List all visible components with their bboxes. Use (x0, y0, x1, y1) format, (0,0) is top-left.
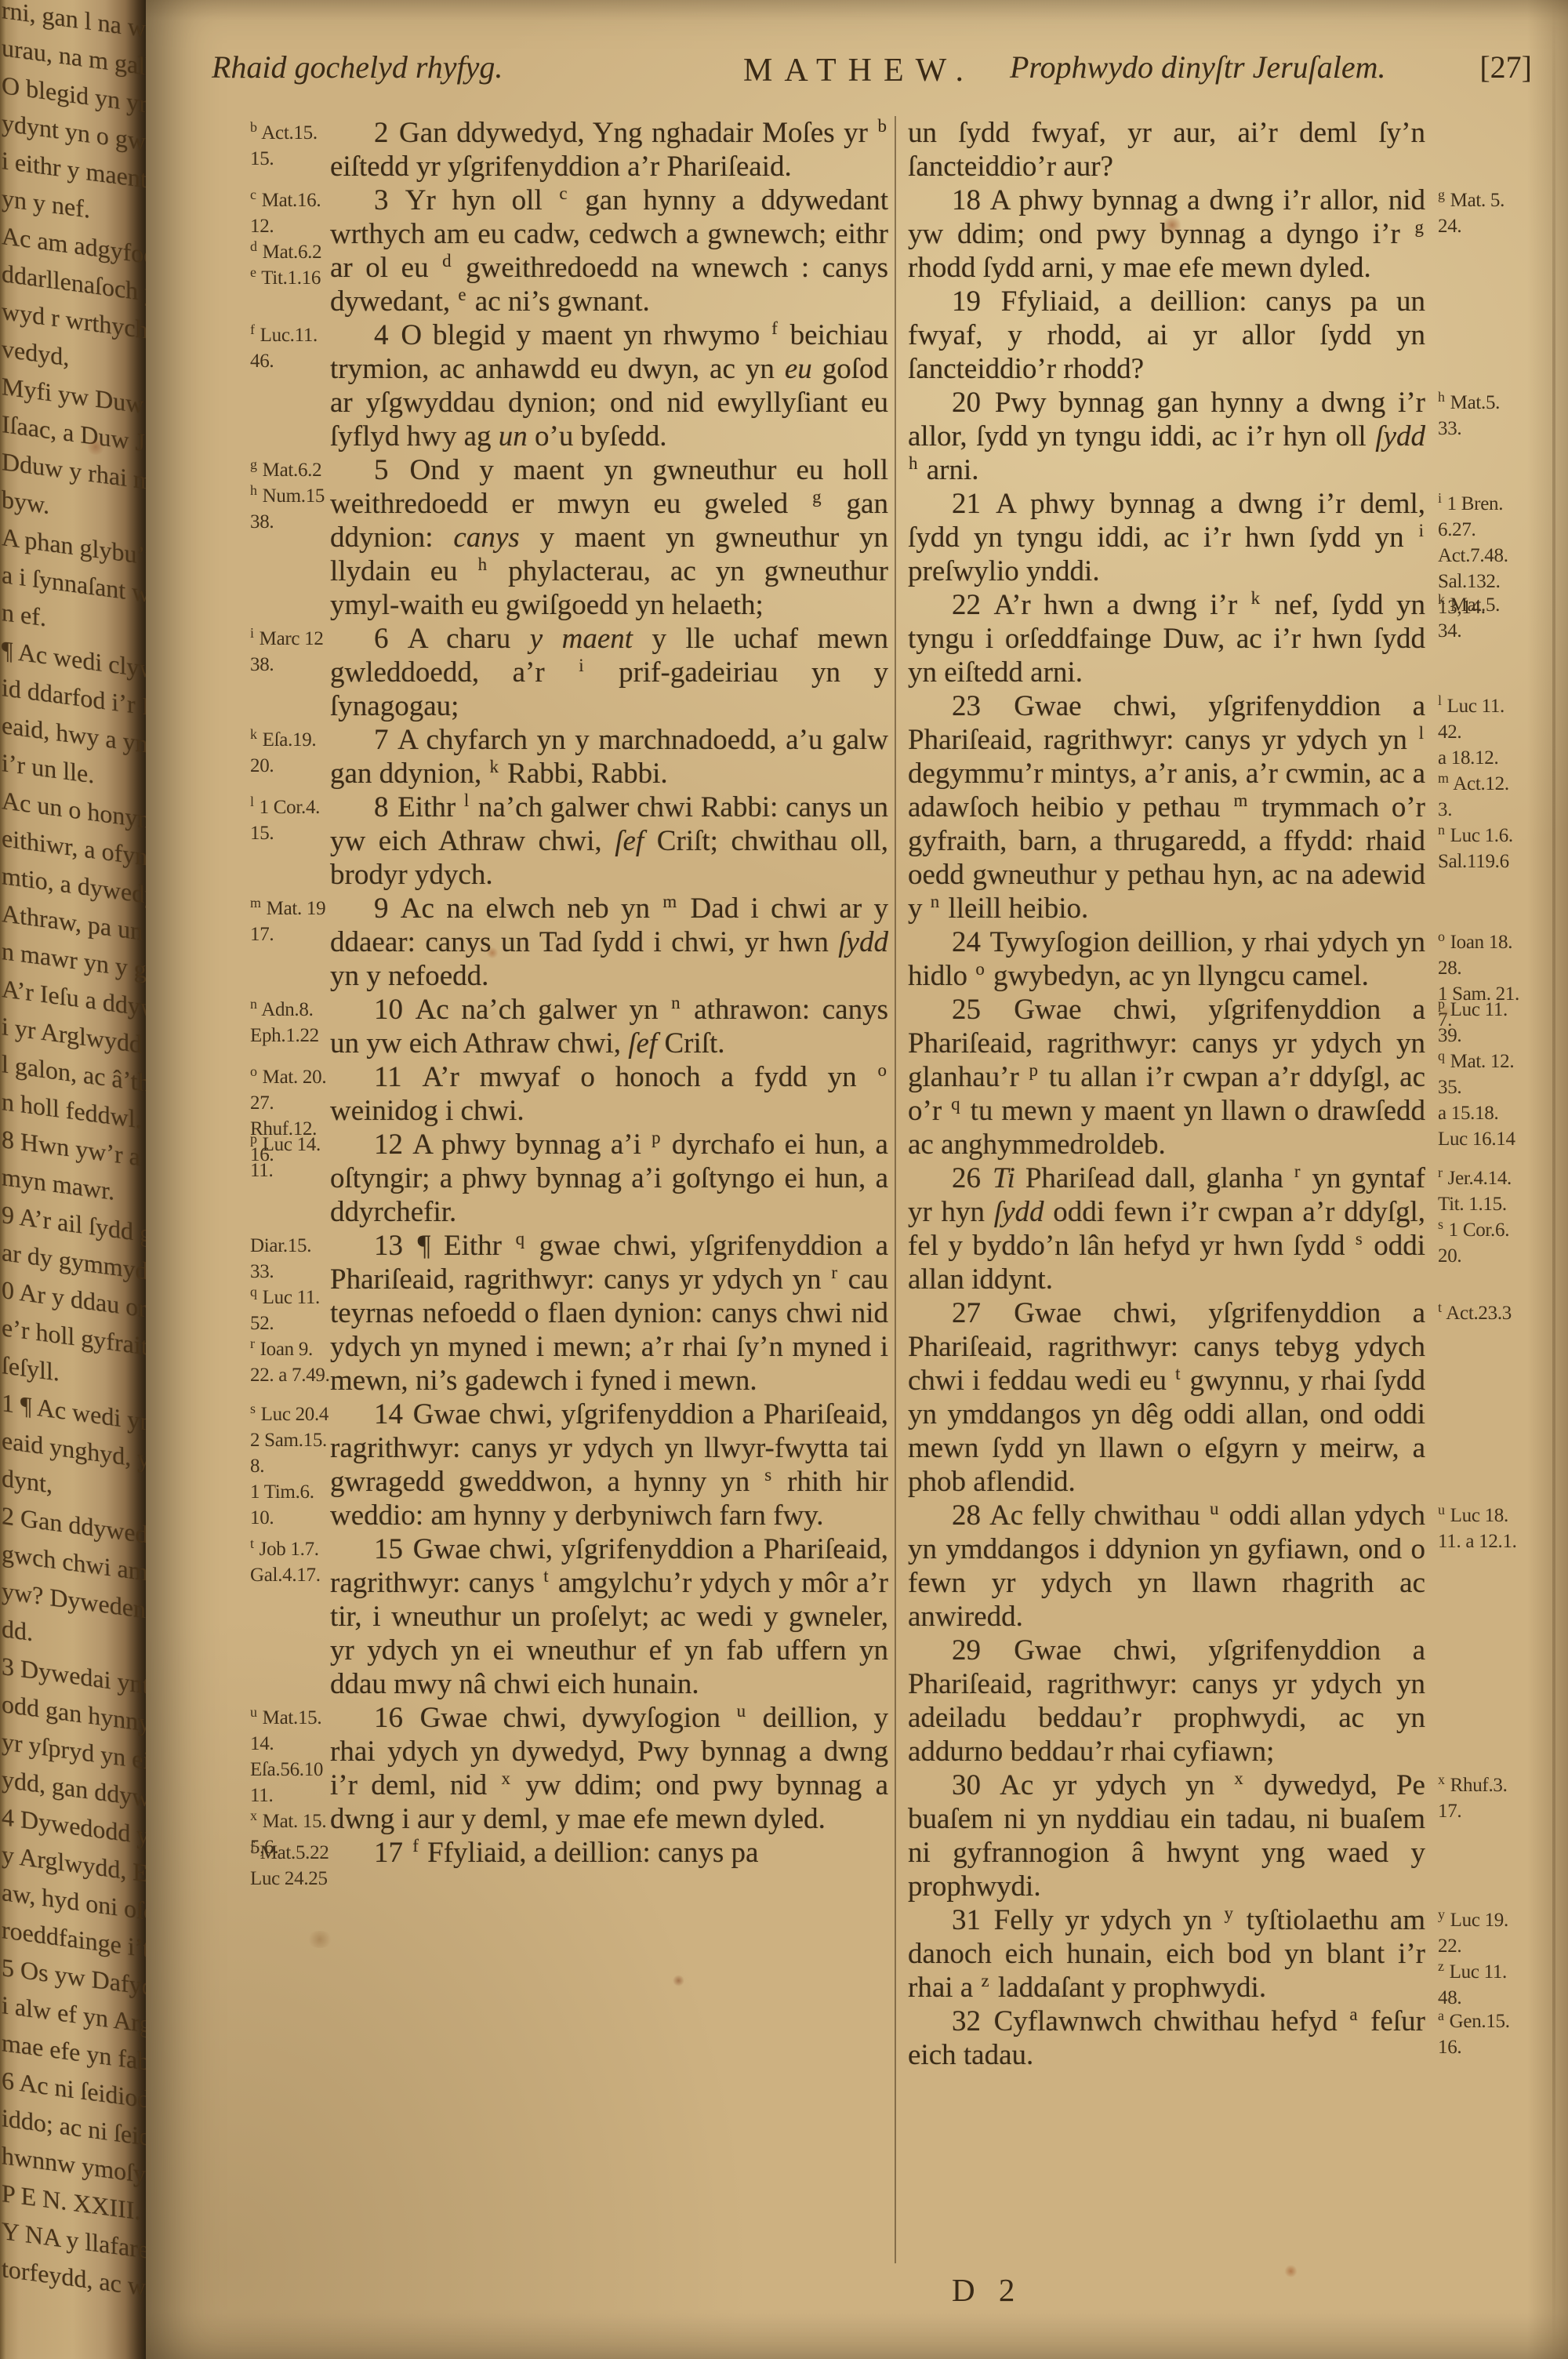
margin-note: o Mat. 20. (250, 1064, 327, 1090)
verse-3: 3 Yr hyn oll c gan hynny a ddywedant wrt… (330, 184, 888, 318)
margin-note: r Jer.4.14. (1438, 1165, 1568, 1191)
note-mark: q (516, 1229, 524, 1249)
margin-note: 15. (250, 146, 327, 172)
verse-30: 30 Ac yr ydych yn x dywedyd, Pe buaſem n… (908, 1768, 1425, 1903)
note-mark: n (931, 892, 939, 911)
note-mark: p (1438, 996, 1445, 1012)
margin-note: i Marc 12 (250, 626, 327, 652)
note-mark: r (250, 1336, 255, 1351)
note-mark: p (250, 1131, 257, 1147)
note-mark: l (250, 794, 254, 809)
verse-11: 11 A’r mwyaf o honoch a fydd yn o weinid… (330, 1060, 888, 1128)
note-mark: u (737, 1701, 746, 1721)
note-mark: p (652, 1128, 660, 1147)
note-mark: n (1438, 822, 1445, 838)
margin-note: Sal.132. (1438, 569, 1568, 594)
verse-number: 27 (952, 1297, 982, 1329)
margin-note: t Job 1.7. (250, 1536, 327, 1562)
margin-note: m Mat. 19 (250, 896, 327, 921)
margin-note: 3. (1438, 797, 1568, 823)
page-crease (1552, 0, 1555, 2359)
verse-22: 22 A’r hwn a dwng i’r k nef, ſydd yn tyn… (908, 588, 1425, 689)
note-mark: g (250, 456, 257, 472)
note-mark: h (250, 482, 257, 498)
note-mark: r (1438, 1165, 1443, 1180)
verse-number: 32 (952, 2005, 982, 2037)
margin-note: e Tit.1.16 (250, 265, 327, 291)
note-mark: p (1029, 1060, 1038, 1080)
note-mark: q (250, 1284, 257, 1299)
margin-note: n Luc 1.6. (1438, 823, 1568, 849)
note-mark: h (909, 453, 917, 473)
verse-17: 17 f Ffyliaid, a deillion: canys paf Mat… (330, 1836, 888, 1870)
page-number: [27] (1479, 49, 1532, 85)
margin-note: Eſa.56.10 (250, 1757, 327, 1783)
margin-note: Diar.15. (250, 1233, 327, 1259)
note-mark: o (1438, 929, 1445, 944)
verse-number: 18 (952, 184, 982, 216)
margin-note: Eph.1.22 (250, 1023, 327, 1049)
verse-number: 14 (374, 1398, 405, 1430)
margin-note: 20. (1438, 1243, 1568, 1269)
note-mark: a (1438, 2008, 1444, 2023)
verse-26: 26 Ti Phariſead dall, glanha r yn gyntaf… (908, 1161, 1425, 1296)
verse-9: 9 Ac na elwch neb yn m Dad i chwi ar y d… (330, 892, 888, 993)
note-mark: y (1438, 1906, 1445, 1922)
verse-12: 12 A phwy bynnag a’i p dyrchafo ei hun, … (330, 1128, 888, 1229)
margin-notes: m Mat. 1917. (250, 896, 327, 947)
margin-note: b Act.15. (250, 120, 327, 146)
note-mark: e (458, 285, 466, 304)
note-mark: u (1210, 1499, 1218, 1518)
margin-note: 14. (250, 1731, 327, 1757)
margin-note: 48. (1438, 1985, 1568, 2011)
note-mark: k (1438, 591, 1445, 607)
note-mark: y (1225, 1903, 1233, 1923)
note-mark: n (671, 993, 680, 1012)
margin-note: 6.27. (1438, 517, 1568, 543)
verse-32: 32 Cyflawnwch chwithau hefyd a feſur eic… (908, 2005, 1425, 2072)
margin-note: m Act.12. (1438, 771, 1568, 797)
margin-note: n Adn.8. (250, 997, 327, 1023)
signature-mark: D 2 (952, 2271, 1022, 2309)
verse-number: 6 (374, 623, 390, 655)
verse-10: 10 Ac na’ch galwer yn n athrawon: canys … (330, 993, 888, 1060)
margin-note: 12. (250, 213, 327, 239)
margin-note: 11. a 12.1. (1438, 1528, 1568, 1554)
margin-note: 46. (250, 348, 327, 374)
note-mark: c (250, 187, 256, 202)
margin-note: 22. (1438, 1933, 1568, 1959)
margin-notes: k Eſa.19.20. (250, 727, 327, 779)
margin-note: 24. (1438, 213, 1568, 239)
note-mark: k (1251, 588, 1260, 608)
note-mark: f (412, 1836, 419, 1856)
verse-20: 20 Pwy bynnag gan hynny a dwng i’r allor… (908, 386, 1425, 487)
note-mark: q (951, 1094, 960, 1114)
margin-note: 38. (250, 652, 327, 678)
book-page: Rhaid gochelyd rhyfyg. MATHEW. Prophwydo… (146, 0, 1568, 2359)
margin-note: Luc 24.25 (250, 1866, 327, 1892)
note-mark: t (1438, 1299, 1442, 1315)
verse-14: 14 Gwae chwi, yſgrifenyddion a Phariſeai… (330, 1398, 888, 1532)
margin-note: g Mat.6.2 (250, 457, 327, 483)
verse-number: 26 (952, 1162, 982, 1194)
paper-stain (307, 1931, 333, 1948)
note-mark: h (1438, 389, 1445, 405)
note-mark: l (1419, 723, 1424, 743)
note-mark: t (543, 1566, 548, 1586)
verse-number: 22 (952, 589, 982, 621)
margin-notes: k Mat.5.34. (1438, 592, 1568, 644)
verse-31: 31 Felly yr ydych yn y tyſtiolaethu am d… (908, 1903, 1425, 2005)
note-mark: g (1415, 217, 1424, 237)
note-mark: c (559, 184, 567, 203)
note-mark: z (981, 1971, 989, 1990)
note-mark: g (1438, 187, 1445, 202)
verse-7: 7 A chyfarch yn y marchnadoedd, a’u galw… (330, 723, 888, 791)
margin-note: 11. (250, 1783, 327, 1808)
verse-number: 4 (374, 319, 390, 351)
margin-note: h Num.15 (250, 483, 327, 509)
verse-number: 10 (374, 994, 405, 1026)
note-mark: f (771, 318, 778, 338)
margin-notes: x Rhuf.3.17. (1438, 1772, 1568, 1824)
verse-number: 17 (374, 1837, 405, 1869)
verse-number: 2 (374, 117, 390, 149)
note-mark: g (812, 487, 821, 507)
note-mark: s (1438, 1216, 1443, 1232)
margin-notes: p Luc 14.11. (250, 1132, 327, 1183)
margin-note: 17. (250, 921, 327, 947)
margin-note: u Mat.15. (250, 1705, 327, 1731)
note-mark: s (764, 1465, 771, 1485)
margin-note: Act.7.48. (1438, 543, 1568, 569)
verse-number: 16 (374, 1702, 405, 1734)
margin-notes: u Luc 18.11. a 12.1. (1438, 1503, 1568, 1554)
verse-13: 13 ¶ Eithr q gwae chwi, yſgrifenyddion a… (330, 1229, 888, 1398)
note-mark: s (1356, 1229, 1363, 1249)
note-mark: m (662, 892, 677, 911)
margin-note: p Luc 11. (1438, 997, 1568, 1023)
margin-note: f Mat.5.22 (250, 1840, 327, 1866)
verse-4: 4 O blegid y maent yn rhwymo f beichiau … (330, 318, 888, 453)
verse-28: 28 Ac felly chwithau u oddi allan ydych … (908, 1499, 1425, 1634)
margin-note: 8. (250, 1453, 327, 1479)
note-mark: u (250, 1704, 257, 1720)
verse-25: 25 Gwae chwi, yſgrifenyddion a Phariſeai… (908, 993, 1425, 1161)
verse-number: 28 (952, 1499, 982, 1532)
verse-number: 31 (952, 1904, 982, 1936)
margin-note: s Luc 20.4 (250, 1401, 327, 1427)
note-mark: x (501, 1768, 510, 1788)
verse-18: 18 A phwy bynnag a dwng i’r allor, nid y… (908, 184, 1425, 285)
note-mark: o (975, 959, 984, 979)
verse-27: 27 Gwae chwi, yſgrifenyddion a Phariſeai… (908, 1296, 1425, 1499)
margin-note: i 1 Bren. (1438, 491, 1568, 517)
note-mark: o (250, 1063, 257, 1079)
margin-note: t Act.23.3 (1438, 1300, 1568, 1326)
note-mark: f (250, 322, 255, 337)
margin-note: 16. (1438, 2034, 1568, 2060)
margin-note: k Eſa.19. (250, 727, 327, 753)
margin-note: 17. (1438, 1798, 1568, 1824)
note-mark: o (878, 1060, 887, 1080)
margin-note: l 1 Cor.4. (250, 794, 327, 820)
margin-notes: f Luc.11.46. (250, 322, 327, 374)
margin-note: s 1 Cor.6. (1438, 1217, 1568, 1243)
verse-number: 7 (374, 724, 390, 756)
margin-notes: l 1 Cor.4.15. (250, 794, 327, 846)
paper-stain (1284, 2265, 1298, 2277)
verse-number: 12 (374, 1129, 405, 1161)
margin-notes: a Gen.15.16. (1438, 2008, 1568, 2060)
note-mark: e (250, 264, 256, 280)
margin-note: Tit. 1.15. (1438, 1191, 1568, 1217)
margin-note: q Luc 11. (250, 1285, 327, 1310)
margin-note: 15. (250, 820, 327, 846)
margin-note: 38. (250, 509, 327, 535)
verse-15: 15 Gwae chwi, yſgrifenyddion a Phariſeai… (330, 1532, 888, 1701)
verse-number: 29 (952, 1634, 982, 1667)
margin-note: l Luc 11. (1438, 693, 1568, 719)
margin-note: 35. (1438, 1074, 1568, 1100)
margin-notes: Diar.15.33.q Luc 11.52.r Ioan 9.22. a 7.… (250, 1233, 327, 1388)
verse-number: 8 (374, 791, 390, 823)
running-header-left: Rhaid gochelyd rhyfyg. (212, 49, 503, 85)
verse-2: 2 Gan ddywedyd, Yng nghadair Moſes yr b … (330, 116, 888, 184)
margin-notes: y Luc 19.22.z Luc 11.48. (1438, 1907, 1568, 2011)
note-mark: m (1438, 770, 1449, 786)
margin-note: 2 Sam.15. (250, 1427, 327, 1453)
note-mark: u (1438, 1502, 1445, 1518)
note-mark: m (1233, 791, 1247, 810)
margin-note: y Luc 19. (1438, 1907, 1568, 1933)
margin-note: 39. (1438, 1023, 1568, 1049)
margin-note: x Mat. 15. (250, 1808, 327, 1834)
margin-notes: r Jer.4.14.Tit. 1.15.s 1 Cor.6.20. (1438, 1165, 1568, 1269)
margin-notes: p Luc 11.39.q Mat. 12.35.a 15.18.Luc 16.… (1438, 997, 1568, 1152)
verse-number: 15 (374, 1533, 405, 1565)
verse-number: 11 (374, 1061, 404, 1093)
note-mark: k (250, 726, 257, 742)
verse-29: 29 Gwae chwi, yſgrifenyddion a Phariſeai… (908, 1634, 1425, 1768)
verse-number: 3 (374, 184, 390, 216)
margin-note: a Gen.15. (1438, 2008, 1568, 2034)
margin-notes: i Marc 1238. (250, 626, 327, 678)
note-mark: i (250, 625, 254, 641)
margin-note: Luc 16.14 (1438, 1126, 1568, 1152)
previous-page-edge: rni, gan l na wyurau, na m gallu DO bleg… (0, 0, 146, 2359)
verse-number: 23 (952, 690, 982, 722)
note-mark: m (250, 895, 261, 911)
margin-note: 20. (250, 753, 327, 779)
verse-number: 25 (952, 994, 982, 1026)
note-mark: h (478, 554, 487, 574)
verse-6: 6 A charu y maent y lle uchaf mewn gwled… (330, 622, 888, 723)
running-header-right: Prophwydo dinyſtr Jeruſalem. (1010, 49, 1386, 85)
verse-number: 30 (952, 1769, 982, 1801)
margin-notes: t Act.23.3 (1438, 1300, 1568, 1326)
verse-continuation: un ſydd fwyaf, yr aur, ai’r deml ſy’n ſa… (908, 116, 1425, 184)
margin-notes: h Mat.5.33. (1438, 390, 1568, 442)
note-mark: x (250, 1808, 257, 1823)
verse-5: 5 Ond y maent yn gwneuthur eu holl weith… (330, 453, 888, 622)
note-mark: l (464, 791, 469, 810)
margin-note: g Mat. 5. (1438, 187, 1568, 213)
margin-notes: l Luc 11.42.a 18.12.m Act.12.3.n Luc 1.6… (1438, 693, 1568, 874)
right-column: un ſydd fwyaf, yr aur, ai’r deml ſy’n ſa… (908, 116, 1425, 2072)
note-mark: t (1175, 1364, 1180, 1383)
margin-note: 10. (250, 1505, 327, 1531)
margin-note: Gal.4.17. (250, 1562, 327, 1588)
note-mark: t (250, 1536, 254, 1551)
margin-note: 42. (1438, 719, 1568, 745)
margin-notes: c Mat.16.12.d Mat.6.2e Tit.1.16 (250, 187, 327, 291)
note-mark: k (489, 757, 498, 776)
note-mark: z (1438, 1958, 1444, 1974)
margin-notes: g Mat. 5.24. (1438, 187, 1568, 239)
verse-16: 16 Gwae chwi, dywyſogion u deillion, y r… (330, 1701, 888, 1836)
note-mark: b (878, 116, 887, 136)
margin-note: 11. (250, 1158, 327, 1183)
note-mark: s (250, 1401, 256, 1416)
margin-note: r Ioan 9. (250, 1336, 327, 1362)
margin-note: 34. (1438, 618, 1568, 644)
note-mark: i (579, 656, 583, 675)
note-mark: d (250, 238, 257, 254)
book-title: MATHEW. (743, 52, 975, 89)
margin-note: c Mat.16. (250, 187, 327, 213)
margin-note: p Luc 14. (250, 1132, 327, 1158)
note-mark: r (1294, 1161, 1301, 1181)
margin-note: o Ioan 18. (1438, 929, 1568, 955)
margin-note: 1 Tim.6. (250, 1479, 327, 1505)
previous-page-text-fragments: rni, gan l na wyurau, na m gallu DO bleg… (2, 0, 146, 2317)
margin-notes: f Mat.5.22Luc 24.25 (250, 1840, 327, 1892)
margin-note: 33. (250, 1259, 327, 1285)
verse-8: 8 Eithr l na’ch galwer chwi Rabbi: canys… (330, 791, 888, 892)
margin-note: u Luc 18. (1438, 1503, 1568, 1528)
note-mark: n (250, 996, 257, 1012)
margin-note: f Luc.11. (250, 322, 327, 348)
margin-note: 28. (1438, 955, 1568, 981)
margin-notes: b Act.15.15. (250, 120, 327, 172)
margin-note: d Mat.6.2 (250, 239, 327, 265)
margin-note: k Mat.5. (1438, 592, 1568, 618)
margin-note: h Mat.5. (1438, 390, 1568, 416)
paper-stain (673, 1975, 684, 1986)
note-mark: i (1419, 521, 1424, 540)
verse-number: 9 (374, 892, 390, 925)
column-divider (895, 116, 896, 2263)
note-mark: f (250, 1839, 255, 1855)
verse-number: 19 (952, 285, 982, 318)
verse-23: 23 Gwae chwi, yſgrifenyddion a Phariſeai… (908, 689, 1425, 925)
note-mark: x (1438, 1772, 1445, 1787)
note-mark: q (1438, 1048, 1445, 1063)
margin-note: 27. (250, 1090, 327, 1116)
note-mark: r (831, 1263, 837, 1282)
verse-number: 13 (374, 1230, 405, 1262)
note-mark: x (1234, 1768, 1243, 1788)
margin-note: q Mat. 12. (1438, 1049, 1568, 1074)
verse-number: 5 (374, 454, 390, 486)
margin-note: a 15.18. (1438, 1100, 1568, 1126)
margin-note: a 18.12. (1438, 745, 1568, 771)
verse-number: 20 (952, 387, 982, 419)
margin-note: Sal.119.6 (1438, 849, 1568, 874)
note-mark: i (1438, 490, 1442, 506)
verse-number: 24 (952, 926, 982, 958)
margin-notes: t Job 1.7.Gal.4.17. (250, 1536, 327, 1588)
note-mark: d (442, 251, 451, 271)
margin-note: 22. a 7.49. (250, 1362, 327, 1388)
margin-notes: n Adn.8.Eph.1.22 (250, 997, 327, 1049)
verse-19: 19 Ffyliaid, a deillion: canys pa un fwy… (908, 285, 1425, 386)
margin-notes: s Luc 20.42 Sam.15.8.1 Tim.6.10. (250, 1401, 327, 1531)
verse-24: 24 Tywyſogion deillion, y rhai ydych yn … (908, 925, 1425, 993)
note-mark: l (1438, 692, 1442, 708)
margin-note: z Luc 11. (1438, 1959, 1568, 1985)
verse-21: 21 A phwy bynnag a dwng i’r deml, ſydd y… (908, 487, 1425, 588)
margin-note: 33. (1438, 416, 1568, 442)
margin-note: 52. (250, 1310, 327, 1336)
margin-notes: g Mat.6.2h Num.1538. (250, 457, 327, 535)
margin-notes: u Mat.15.14.Eſa.56.1011.x Mat. 15.5,6. (250, 1705, 327, 1860)
margin-note: x Rhuf.3. (1438, 1772, 1568, 1798)
note-mark: a (1349, 2005, 1357, 2024)
left-column: 2 Gan ddywedyd, Yng nghadair Moſes yr b … (330, 116, 888, 1870)
note-mark: b (250, 119, 257, 135)
verse-number: 21 (952, 488, 982, 520)
